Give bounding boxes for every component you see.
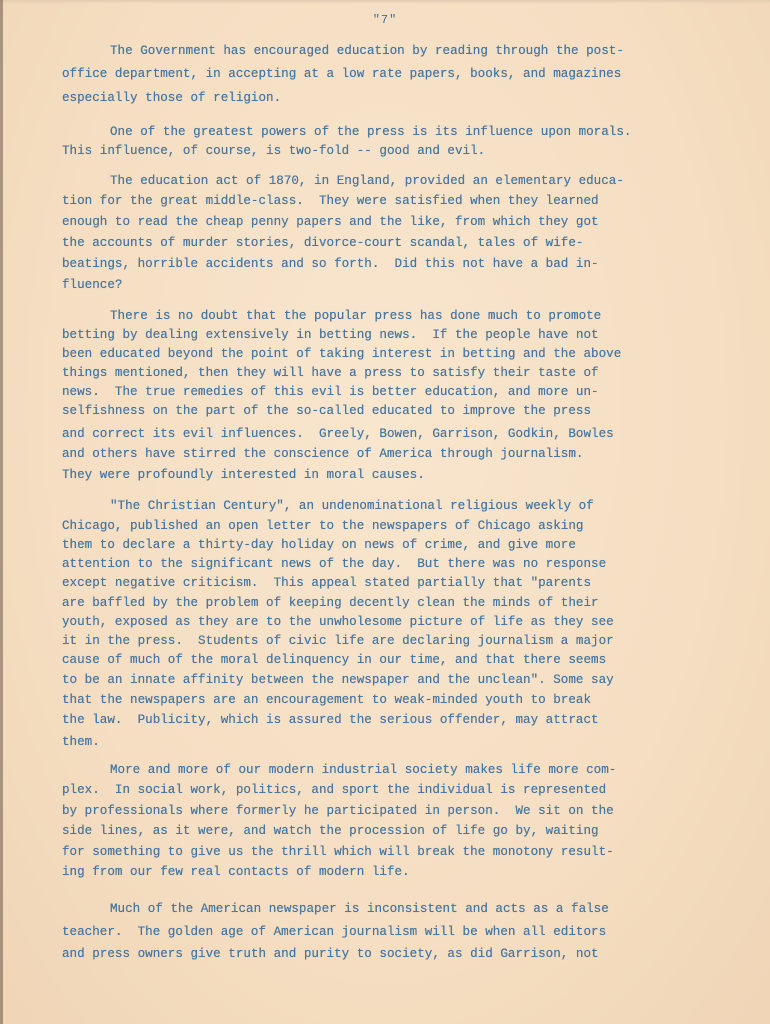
text-line: them to declare a thirty-day holiday on … [62, 536, 576, 554]
text-line: except negative criticism. This appeal s… [62, 574, 591, 592]
text-line: tion for the great middle-class. They we… [62, 192, 599, 210]
page-left-edge [0, 0, 3, 1024]
text-line: teacher. The golden age of American jour… [62, 923, 606, 941]
typewritten-body: The Government has encouraged education … [62, 0, 762, 616]
text-line: them. [62, 733, 100, 751]
text-line: The education act of 1870, in England, p… [110, 172, 624, 190]
text-line: This influence, of course, is two-fold -… [62, 142, 485, 160]
text-line: "The Christian Century", an undenominati… [110, 497, 594, 515]
text-line: fluence? [62, 276, 122, 294]
text-line: things mentioned, then they will have a … [62, 364, 599, 382]
text-line: They were profoundly interested in moral… [62, 466, 425, 484]
text-line: attention to the significant news of the… [62, 555, 606, 573]
text-line: Much of the American newspaper is incons… [110, 900, 609, 918]
text-line: ing from our few real contacts of modern… [62, 863, 410, 881]
text-line: cause of much of the moral delinquency i… [62, 651, 606, 669]
text-line: it in the press. Students of civic life … [62, 632, 614, 650]
text-line: the accounts of murder stories, divorce-… [62, 234, 583, 252]
text-line: beatings, horrible accidents and so fort… [62, 255, 599, 273]
text-line: youth, exposed as they are to the unwhol… [62, 613, 614, 631]
text-line: for something to give us the thrill whic… [62, 843, 614, 861]
text-line: are baffled by the problem of keeping de… [62, 594, 599, 612]
text-line: been educated beyond the point of taking… [62, 345, 621, 363]
text-line: and correct its evil influences. Greely,… [62, 425, 614, 443]
text-line: The Government has encouraged education … [110, 42, 624, 60]
text-line: by professionals where formerly he parti… [62, 802, 614, 820]
text-line: that the newspapers are an encouragement… [62, 691, 591, 709]
text-line: More and more of our modern industrial s… [110, 761, 616, 779]
text-line: news. The true remedies of this evil is … [62, 383, 599, 401]
text-line: selfishness on the part of the so-called… [62, 402, 591, 420]
document-page: "7" The Government has encouraged educat… [0, 0, 770, 1024]
text-line: plex. In social work, politics, and spor… [62, 781, 606, 799]
text-line: to be an innate affinity between the new… [62, 671, 614, 689]
text-line: the law. Publicity, which is assured the… [62, 711, 599, 729]
text-line: betting by dealing extensively in bettin… [62, 326, 599, 344]
text-line: There is no doubt that the popular press… [110, 307, 601, 325]
text-line: Chicago, published an open letter to the… [62, 517, 583, 535]
text-line: enough to read the cheap penny papers an… [62, 213, 599, 231]
text-line: One of the greatest powers of the press … [110, 123, 631, 141]
text-line: especially those of religion. [62, 89, 281, 107]
text-line: and press owners give truth and purity t… [62, 945, 599, 963]
text-line: and others have stirred the conscience o… [62, 445, 583, 463]
text-line: office department, in accepting at a low… [62, 65, 621, 83]
text-line: side lines, as it were, and watch the pr… [62, 822, 599, 840]
